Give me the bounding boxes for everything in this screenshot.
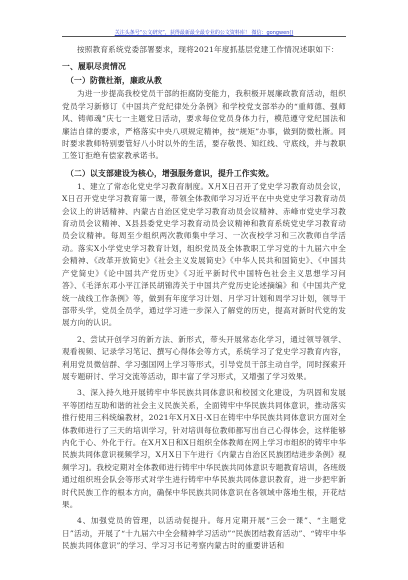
subsection-heading-1: （一）防微杜渐，廉政从教 — [66, 74, 346, 87]
list-item-1: 1、建立了常态化党史学习教育制度。X月X日召开了党史学习教育动员会议，X日召开党… — [62, 181, 346, 330]
list-item-3: 3、深入持久地开展铸牢中华民族共同体意识和校园文化建设，为巩固和发展平等团结互助… — [62, 387, 346, 511]
subsection-1-body: 为进一步提高我校党员干部的拒腐防变能力，我积极开展廉政教育活动，组织党员学习新修… — [62, 88, 346, 162]
intro-paragraph: 按照教育系统党委部署要求，现将2021年度抓基层党建工作情况述职如下： — [62, 44, 346, 56]
section-heading-1: 一、履职尽责情况 — [62, 60, 346, 73]
subsection-heading-2: （二）以支部建设为核心，增强服务意识，提升工作实效。 — [66, 167, 346, 180]
header-divider — [62, 36, 346, 37]
list-item-4: 4、加强党员的管理，以活动促提升。每月定期开展“三会一课”、“主题党日”活动，开… — [62, 515, 346, 552]
header-banner-link[interactable]: 关注头条号“公文研究”，获得最新最全最专业的公文资料库！ 微信：gongwen(… — [62, 29, 346, 36]
list-item-2: 2、尝试开创学习的新方法、新形式，带头开展常态化学习，通过领导领学、观看视频、记… — [62, 334, 346, 384]
document-page: 按照教育系统党委部署要求，现将2021年度抓基层党建工作情况述职如下： 一、履职… — [62, 44, 346, 557]
